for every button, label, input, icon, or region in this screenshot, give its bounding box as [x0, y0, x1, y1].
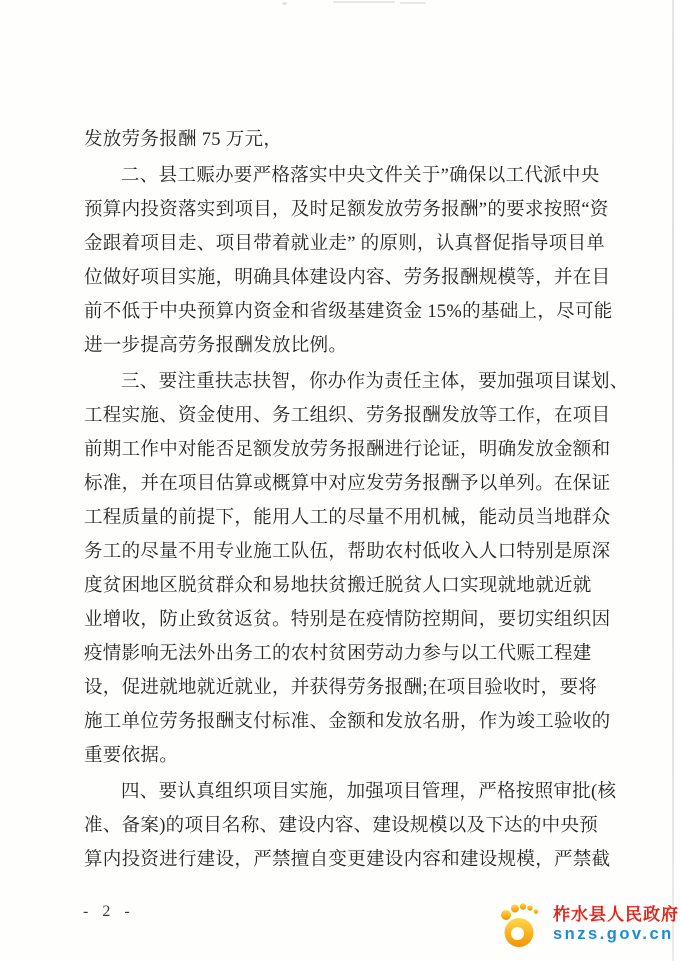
document-body: 发放劳务报酬 75 万元， 二、县工赈办要严格落实中央文件关于”确保以工代派中央…: [84, 123, 614, 877]
gov-website: snzs.gov.cn: [553, 926, 679, 943]
document-page: 发放劳务报酬 75 万元， 二、县工赈办要严格落实中央文件关于”确保以工代派中央…: [0, 0, 680, 961]
scan-artifact: [333, 1, 395, 3]
page-number: - 2 -: [83, 903, 135, 921]
scan-artifact: [282, 2, 287, 5]
gov-watermark-text: 柞水县人民政府 snzs.gov.cn: [553, 906, 679, 943]
gov-watermark: 柞水县人民政府 snzs.gov.cn: [497, 899, 679, 950]
gov-org-name: 柞水县人民政府: [553, 906, 679, 923]
scan-artifact: [400, 2, 426, 4]
scan-edge-line: [672, 0, 674, 961]
body-paragraph-item-3: 三、要注重扶志扶智，你办作为责任主体，要加强项目谋划、 工程实施、资金使用、务工…: [84, 365, 614, 773]
body-paragraph-item-2: 二、县工赈办要严格落实中央文件关于”确保以工代派中央 预算内投资落实到项目，及时…: [84, 159, 614, 363]
footprint-logo-icon: [497, 899, 544, 950]
body-paragraph-item-4: 四、要认真组织项目实施，加强项目管理，严格按照审批(核 准、备案)的项目名称、建…: [84, 775, 614, 877]
body-paragraph-continuation: 发放劳务报酬 75 万元，: [84, 123, 614, 157]
